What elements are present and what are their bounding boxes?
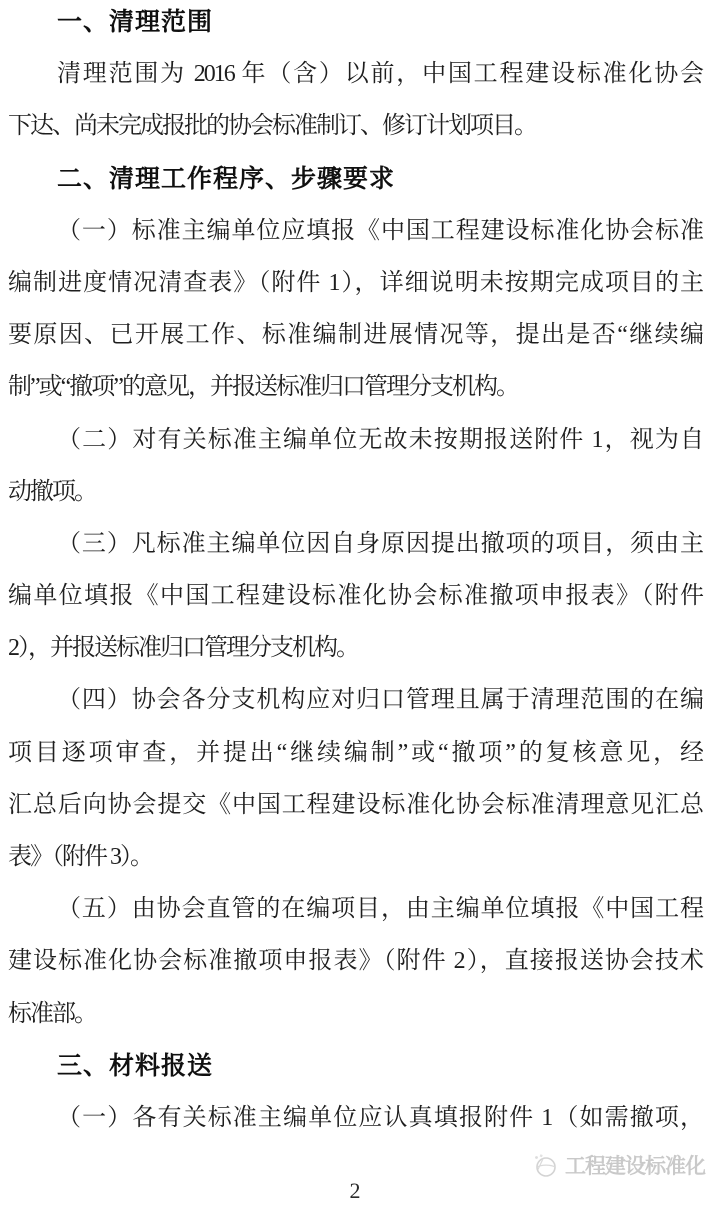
paragraph: （三）凡标准主编单位因自身原因提出撤项的项目，须由主 编单位填报《中国工程建设标… [8, 518, 702, 675]
section-1-heading: 一、清理范围 [8, 0, 702, 48]
text-line: 下达、尚未完成报批的协会标准制订、修订计划项目。 [8, 100, 702, 152]
text-line: （一）各有关标准主编单位应认真填报附件 1（如需撤项， [8, 1092, 702, 1144]
text-line: 动撤项。 [8, 466, 702, 518]
text-line: （四）协会各分支机构应对归口管理且属于清理范围的在编 [8, 674, 702, 726]
text-line: 建设标准化协会标准撤项申报表》（附件 2），直接报送协会技术 [8, 935, 702, 987]
text-line: 制”或“撤项”的意见，并报送标准归口管理分支机构。 [8, 361, 702, 413]
document-content: 一、清理范围 清理范围为 2016 年（含）以前，中国工程建设标准化协会 下达、… [8, 0, 702, 1144]
text-line: 标准部。 [8, 988, 702, 1040]
text-line: 汇总后向协会提交《中国工程建设标准化协会标准清理意见汇总 [8, 779, 702, 831]
page-number: 2 [0, 1178, 710, 1204]
text-line: 清理范围为 2016 年（含）以前，中国工程建设标准化协会 [8, 48, 702, 100]
text-line: 表》（附件 3）。 [8, 831, 702, 883]
text-line: （五）由协会直管的在编项目，由主编单位填报《中国工程 [8, 883, 702, 935]
text-line: 编制进度情况清查表》（附件 1），详细说明未按期完成项目的主 [8, 257, 702, 309]
paragraph: 清理范围为 2016 年（含）以前，中国工程建设标准化协会 下达、尚未完成报批的… [8, 48, 702, 152]
section-2-heading: 二、清理工作程序、步骤要求 [8, 153, 702, 205]
text-line: （二）对有关标准主编单位无故未按期报送附件 1，视为自 [8, 414, 702, 466]
paragraph: （五）由协会直管的在编项目，由主编单位填报《中国工程 建设标准化协会标准撤项申报… [8, 883, 702, 1040]
globe-logo-icon [531, 1152, 558, 1179]
text-line: 编单位填报《中国工程建设标准化协会标准撤项申报表》（附件 [8, 570, 702, 622]
paragraph: （一）各有关标准主编单位应认真填报附件 1（如需撤项， [8, 1092, 702, 1144]
text-line: 2），并报送标准归口管理分支机构。 [8, 622, 702, 674]
paragraph: （四）协会各分支机构应对归口管理且属于清理范围的在编 项目逐项审查，并提出“继续… [8, 674, 702, 883]
text-line: （一）标准主编单位应填报《中国工程建设标准化协会标准 [8, 205, 702, 257]
section-3-heading: 三、材料报送 [8, 1040, 702, 1092]
document-page: 一、清理范围 清理范围为 2016 年（含）以前，中国工程建设标准化协会 下达、… [0, 0, 710, 1206]
text-line: （三）凡标准主编单位因自身原因提出撤项的项目，须由主 [8, 518, 702, 570]
paragraph: （一）标准主编单位应填报《中国工程建设标准化协会标准 编制进度情况清查表》（附件… [8, 205, 702, 414]
watermark-label: 工程建设标准化 [565, 1150, 705, 1180]
text-line: 项目逐项审查，并提出“继续编制”或“撤项”的复核意见，经 [8, 727, 702, 779]
paragraph: （二）对有关标准主编单位无故未按期报送附件 1，视为自 动撤项。 [8, 414, 702, 518]
watermark-badge: 工程建设标准化 [531, 1150, 705, 1180]
text-line: 要原因、已开展工作、标准编制进展情况等，提出是否“继续编 [8, 309, 702, 361]
